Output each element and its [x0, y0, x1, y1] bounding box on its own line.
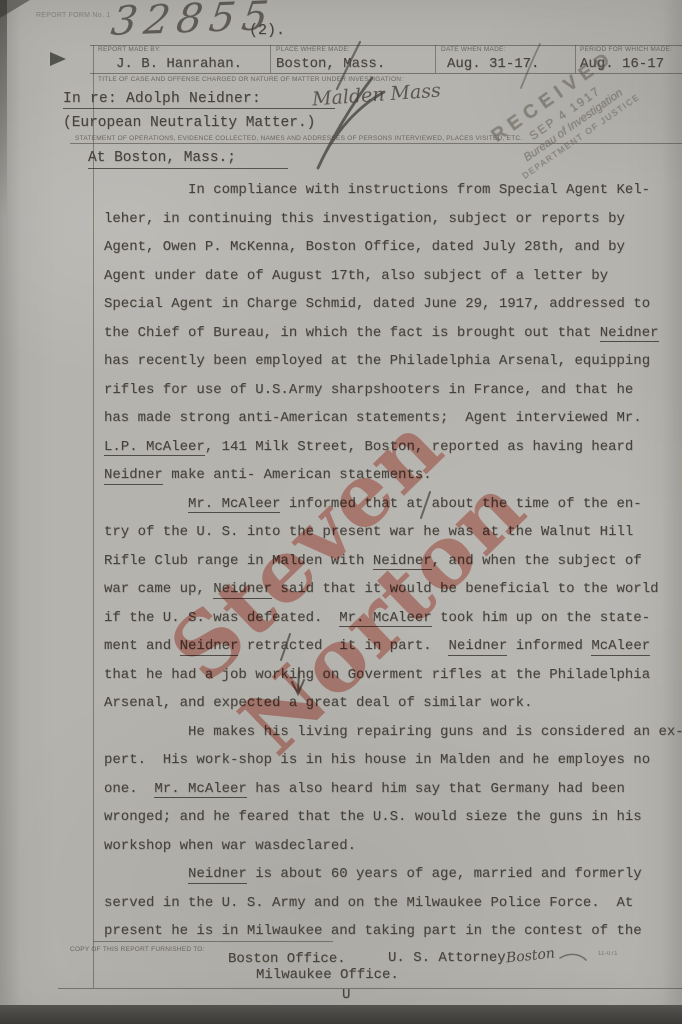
- body-line: if the U. S. was defeated. Mr. McAleer t…: [104, 604, 679, 633]
- statement-of-operations-label: STATEMENT OF OPERATIONS, EVIDENCE COLLEC…: [75, 135, 522, 142]
- underlined-name: Neidner: [373, 553, 432, 571]
- body-line: served in the U. S. Army and on the Milw…: [104, 889, 679, 918]
- body-line: Neidner make anti- American statements.: [104, 461, 679, 490]
- body-line: leher, in continuing this investigation,…: [104, 205, 679, 234]
- body-line: has recently been employed at the Philad…: [104, 347, 679, 376]
- field-report-made-by: REPORT MADE BY: J. B. Hanrahan.: [98, 46, 266, 72]
- underlined-name: Neidner: [600, 325, 659, 343]
- field-label: REPORT MADE BY:: [98, 46, 266, 53]
- underlined-name: Mr. McAleer: [188, 496, 280, 514]
- body-line: Rifle Club range in Malden with Neidner,…: [104, 547, 679, 576]
- form-number-label: REPORT FORM No. 1: [36, 12, 110, 19]
- footer-flourish-mark: [560, 954, 586, 960]
- underlined-name: Neidner: [213, 581, 272, 599]
- underlined-name: L.P. McAleer: [104, 439, 205, 457]
- body-line: He makes his living repairing guns and i…: [104, 718, 679, 747]
- body-line: that he had a job working on Goverment r…: [104, 661, 679, 690]
- body-line: In compliance with instructions from Spe…: [104, 176, 679, 205]
- body-line: war came up, Neidner said that it would …: [104, 575, 679, 604]
- field-value: J. B. Hanrahan.: [116, 56, 266, 72]
- body-line: Arsenal, and expected a great deal of si…: [104, 689, 679, 718]
- body-line: one. Mr. McAleer has also heard him say …: [104, 775, 679, 804]
- underlined-name: McAleer: [591, 638, 650, 656]
- document-page: REPORT FORM No. 1 32855 (2). REPORT MADE…: [0, 0, 682, 1024]
- body-line: try of the U. S. into the present war he…: [104, 518, 679, 547]
- underlined-name: Neidner: [188, 866, 247, 884]
- body-line: the Chief of Bureau, in which the fact i…: [104, 319, 679, 348]
- copy-furnished-label: COPY OF THIS REPORT FURNISHED TO:: [70, 946, 205, 953]
- field-date-when-made: DATE WHEN MADE: Aug. 31-17.: [441, 46, 571, 72]
- header-table-divider-1: [270, 45, 271, 73]
- footer-us-attorney: U. S. Attorney: [388, 950, 506, 966]
- case-title-underline: [63, 108, 335, 109]
- location-line-underline: [88, 168, 288, 169]
- body-line: L.P. McAleer, 141 Milk Street, Boston, r…: [104, 433, 679, 462]
- body-line: has made strong anti-American statements…: [104, 404, 679, 433]
- underlined-name: Neidner: [104, 467, 163, 485]
- footer-boston-office: Boston Office.: [228, 951, 346, 967]
- body-line: Agent, Owen P. McKenna, Boston Office, d…: [104, 233, 679, 262]
- body-line: wronged; and he feared that the U.S. wou…: [104, 803, 679, 832]
- field-value: Aug. 31-17.: [447, 56, 571, 72]
- underlined-name: Neidner: [448, 638, 507, 656]
- body-line: Special Agent in Charge Schmid, dated Ju…: [104, 290, 679, 319]
- body-line: ment and Neidner retracted it in part. N…: [104, 632, 679, 661]
- page-number: (2).: [249, 22, 285, 39]
- title-of-case-label: TITLE OF CASE AND OFFENSE CHARGED OR NAT…: [98, 76, 403, 83]
- field-value: Boston, Mass.: [276, 56, 431, 72]
- body-line: pert. His work-shop is in his house in M…: [104, 746, 679, 775]
- field-label: PLACE WHERE MADE:: [276, 46, 431, 53]
- statement-section-rule: [70, 143, 682, 144]
- underlined-name: Mr. McAleer: [339, 610, 431, 628]
- case-title-line2: (European Neutrality Matter.): [63, 115, 315, 131]
- body-text: In compliance with instructions from Spe…: [104, 176, 679, 946]
- underlined-name: Neidner: [180, 638, 239, 656]
- body-line: Neidner is about 60 years of age, marrie…: [104, 860, 679, 889]
- underlined-name: Mr. McAleer: [154, 781, 246, 799]
- form-print-code: 11-071: [598, 951, 618, 957]
- page-bottom-edge-shadow: [0, 1005, 682, 1024]
- margin-arrow-mark: [50, 52, 66, 66]
- footer-milwaukee-office: Milwaukee Office.: [256, 967, 399, 983]
- handwritten-attorney-note: Boston: [505, 945, 555, 966]
- footer-top-rule: [93, 941, 333, 942]
- body-line: Agent under date of August 17th, also su…: [104, 262, 679, 291]
- field-label: DATE WHEN MADE:: [441, 46, 571, 53]
- body-line: rifles for use of U.S.Army sharpshooters…: [104, 376, 679, 405]
- footer-bottom-rule: [58, 988, 682, 989]
- page-left-edge-shadow: [0, 0, 7, 220]
- left-margin-line: [93, 45, 94, 988]
- field-place-where-made: PLACE WHERE MADE: Boston, Mass.: [276, 46, 431, 72]
- body-line: Mr. McAleer informed that at about the t…: [104, 490, 679, 519]
- body-line: workshop when war wasdeclared.: [104, 832, 679, 861]
- location-line: At Boston, Mass.;: [88, 150, 236, 166]
- case-title-line1: In re: Adolph Neidner:: [63, 91, 261, 107]
- footer-page-letter: U: [342, 987, 350, 1003]
- handwritten-location-note: Malden Mass: [311, 80, 441, 111]
- header-table-divider-2: [435, 45, 436, 73]
